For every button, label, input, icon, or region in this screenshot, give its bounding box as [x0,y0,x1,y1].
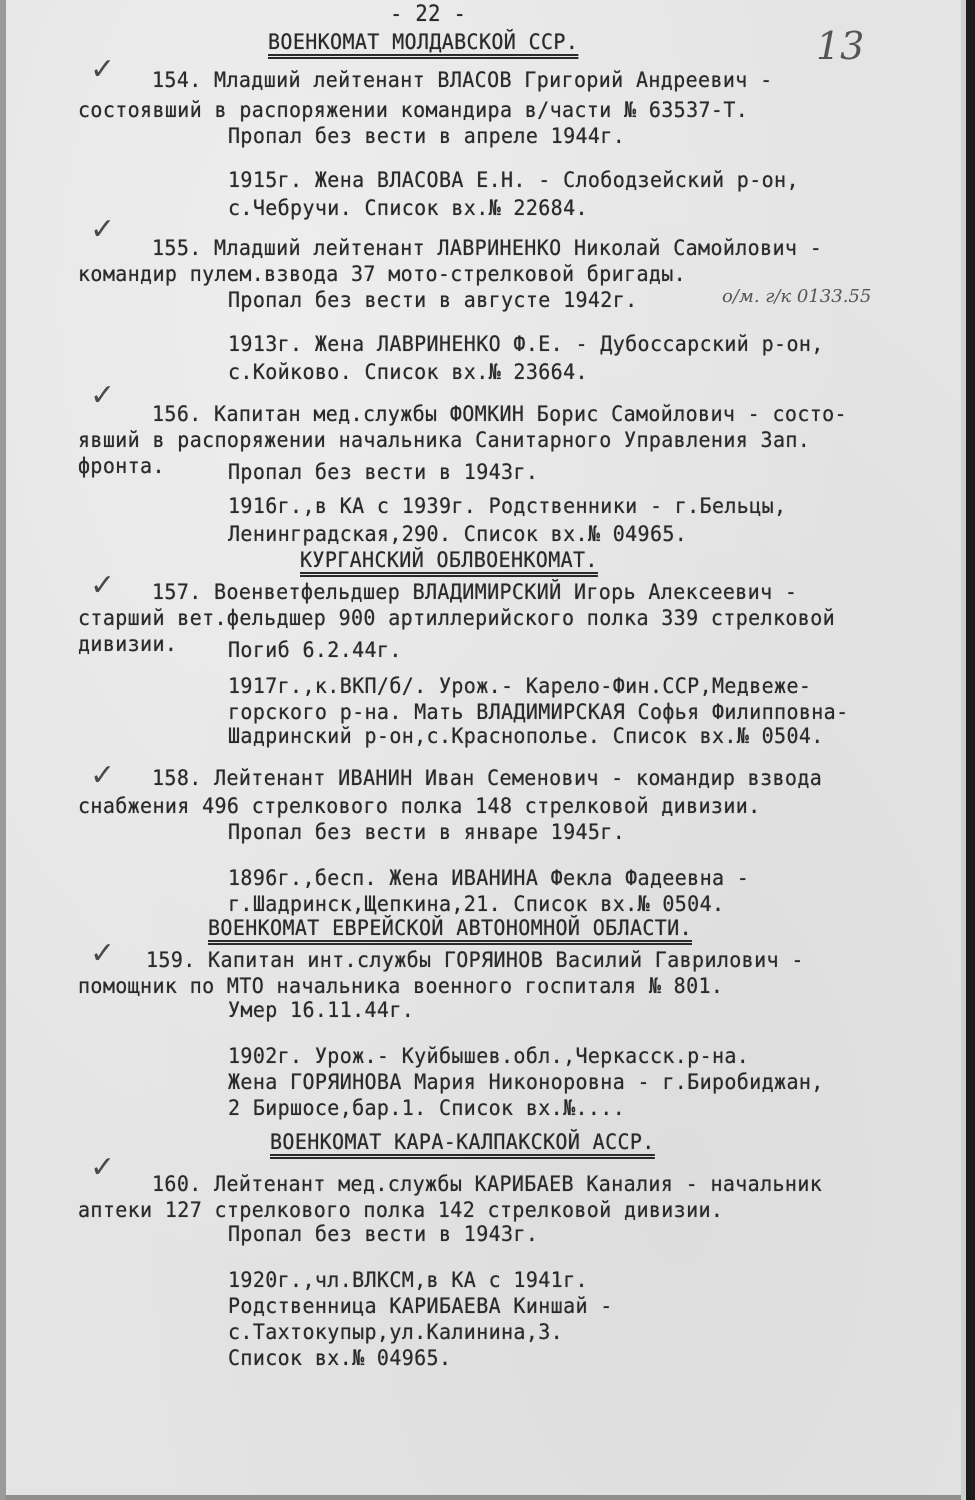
entry-155-line: командир пулем.взвода 37 мото-стрелковой… [78,262,686,287]
entry-160-line: 160. Лейтенант мед.службы КАРИБАЕВ Канал… [152,1172,822,1197]
entry-158-line: снабжения 496 стрелкового полка 148 стре… [78,794,761,819]
entry-159-line: Жена ГОРЯИНОВА Мария Никоноровна - г.Бир… [228,1070,824,1095]
scan-right-border [966,0,975,1500]
entry-157-line: Шадринский р-он,с.Краснополье. Список вх… [228,724,824,749]
check-mark-icon: ✓ [90,52,115,87]
entry-160-line: Родственница КАРИБАЕВА Киншай - [228,1294,613,1319]
entry-160-line: 1920г.,чл.ВЛКСМ,в КА с 1941г. [228,1268,588,1293]
check-mark-icon: ✓ [90,378,115,413]
section-heading-jewish-ao: ВОЕНКОМАТ ЕВРЕЙСКОЙ АВТОНОМНОЙ ОБЛАСТИ. [208,916,692,941]
entry-157-line: 1917г.,к.ВКП/б/. Урож.- Карело-Фин.ССР,М… [228,674,811,699]
entry-154-line: состоявший в распоряжении командира в/ча… [78,98,748,123]
check-mark-icon: ✓ [90,936,115,971]
entry-160-line: аптеки 127 стрелкового полка 142 стрелко… [78,1198,723,1223]
entry-159-line: 159. Капитан инт.службы ГОРЯИНОВ Василий… [146,948,804,973]
check-mark-icon: ✓ [90,758,115,793]
entry-156-line: Ленинградская,290. Список вх.№ 04965. [228,522,687,547]
check-mark-icon: ✓ [90,212,115,247]
entry-157-line: старший вет.фельдшер 900 артиллерийского… [78,606,835,631]
document-page: - 22 - 13 ВОЕНКОМАТ МОЛДАВСКОЙ ССР. ✓ 15… [6,0,966,1495]
entry-158-line: Пропал без вести в январе 1945г. [228,820,625,845]
entry-158-line: 1896г.,бесп. Жена ИВАНИНА Фекла Фадеевна… [228,866,749,891]
entry-158-line: г.Шадринск,Щепкина,21. Список вх.№ 0504. [228,892,724,917]
entry-155-line: с.Койково. Список вх.№ 23664. [228,360,588,385]
entry-156-line: Пропал без вести в 1943г. [228,460,538,485]
entry-156-line: 156. Капитан мед.службы ФОМКИН Борис Сам… [152,402,847,427]
entry-159-line: 2 Биршосе,бар.1. Список вх.№.... [228,1096,625,1121]
entry-156-line: фронта. [78,454,165,479]
entry-157-line: 157. Военветфельдшер ВЛАДИМИРСКИЙ Игорь … [152,580,797,605]
section-heading-kara-kalpak: ВОЕНКОМАТ КАРА-КАЛПАКСКОЙ АССР. [270,1130,655,1155]
check-mark-icon: ✓ [90,1150,115,1185]
entry-157-line: горского р-на. Мать ВЛАДИМИРСКАЯ Софья Ф… [228,700,849,725]
entry-160-line: Список вх.№ 04965. [228,1346,451,1371]
entry-154-line: 154. Младший лейтенант ВЛАСОВ Григорий А… [152,68,773,93]
section-heading-moldavian: ВОЕНКОМАТ МОЛДАВСКОЙ ССР. [268,30,578,55]
check-mark-icon: ✓ [90,568,115,603]
entry-155-line: 1913г. Жена ЛАВРИНЕНКО Ф.Е. - Дубоссарск… [228,332,824,357]
entry-160-line: Пропал без вести в 1943г. [228,1222,538,1247]
entry-155-line: 155. Младший лейтенант ЛАВРИНЕНКО Никола… [152,236,822,261]
entry-158-line: 158. Лейтенант ИВАНИН Иван Семенович - к… [152,766,822,791]
archive-sheet-number: 13 [816,24,864,68]
entry-156-line: явший в распоряжении начальника Санитарн… [78,428,810,453]
entry-155-line: Пропал без вести в августе 1942г. [228,288,638,313]
page-number: - 22 - [390,2,466,27]
entry-159-line: помощник по МТО начальника военного госп… [78,974,723,999]
entry-154-line: Пропал без вести в апреле 1944г. [228,124,625,149]
entry-160-line: с.Тахтокупыр,ул.Калинина,3. [228,1320,563,1345]
entry-159-line: Умер 16.11.44г. [228,998,414,1023]
handwritten-margin-note: о/м. г/к 0133.55 [722,286,871,307]
entry-157-line: Погиб 6.2.44г. [228,638,402,663]
entry-157-line: дивизии. [78,632,177,657]
entry-159-line: 1902г. Урож.- Куйбышев.обл.,Черкасск.р-н… [228,1044,749,1069]
entry-154-line: 1915г. Жена ВЛАСОВА Е.Н. - Слободзейский… [228,168,799,193]
section-heading-kurgan: КУРГАНСКИЙ ОБЛВОЕНКОМАТ. [300,548,598,573]
entry-156-line: 1916г.,в КА с 1939г. Родственники - г.Бе… [228,494,786,519]
entry-154-line: с.Чебручи. Список вх.№ 22684. [228,196,588,221]
